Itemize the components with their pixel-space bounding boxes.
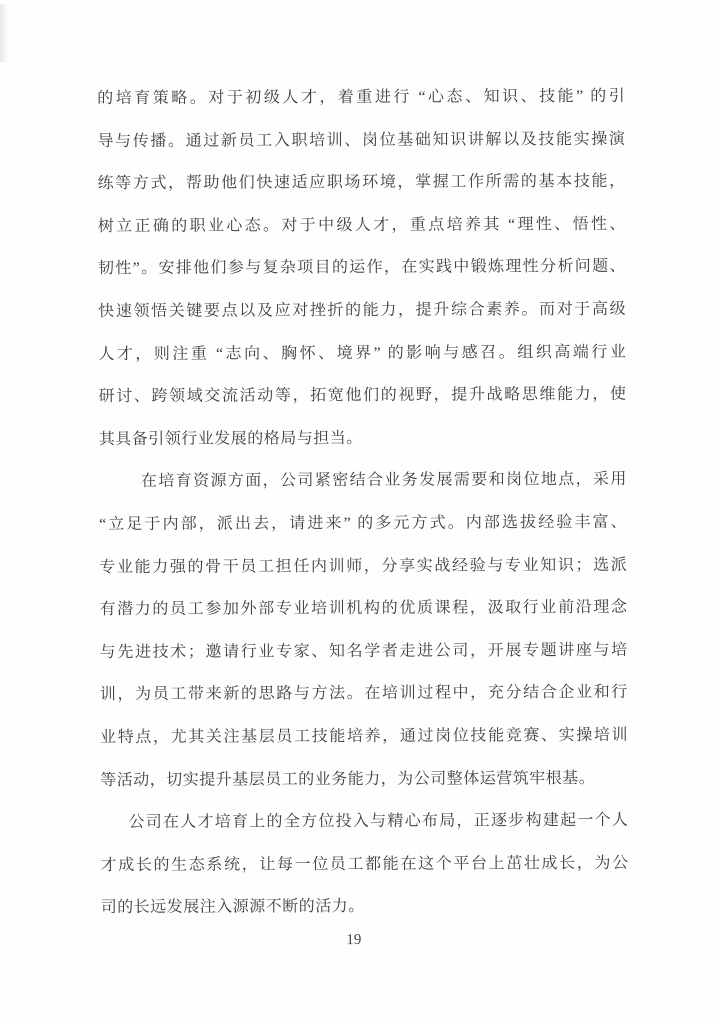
text-line: “立足于内部，派出去，请进来” 的多元方式。内部选拔经验丰富、 [99,502,627,547]
page-content: 的培育策略。对于初级人才，着重进行 “心态、知识、技能” 的引导与传播。通过新员… [0,0,720,1018]
text-line: 练等方式，帮助他们快速适应职场环境，掌握工作所需的基本技能， [98,161,626,206]
paragraph: 的培育策略。对于初级人才，着重进行 “心态、知识、技能” 的引导与传播。通过新员… [97,76,627,462]
text-line: 才成长的生态系统，让每一位员工都能在这个平台上茁壮成长，为公 [101,843,629,888]
text-line: 导与传播。通过新员工入职培训、岗位基础知识讲解以及技能实操演 [97,118,625,163]
text-line: 人才，则注重 “志向、胸怀、境界” 的影响与感召。组织高端行业 [98,331,626,376]
text-line: 的培育策略。对于初级人才，着重进行 “心态、知识、技能” 的引 [97,76,625,121]
text-line: 在培育资源方面，公司紧密结合业务发展需要和岗位地点，采用 [99,459,627,504]
text-line: 等活动，切实提升基层员工的业务能力，为公司整体运营筑牢根基。 [100,757,628,802]
text-line: 快速领悟关键要点以及应对挫折的能力，提升综合素养。而对于高级 [98,289,626,334]
text-line: 其具备引领行业发展的格局与担当。 [99,417,627,462]
text-line: 研讨、跨领域交流活动等，拓宽他们的视野，提升战略思维能力，使 [98,374,626,419]
text-line: 专业能力强的骨干员工担任内训师，分享实战经验与专业知识；选派 [99,544,627,589]
paragraph: 在培育资源方面，公司紧密结合业务发展需要和岗位地点，采用“立足于内部，派出去，请… [99,459,628,802]
text-line: 有潜力的员工参加外部专业培训机构的优质课程，汲取行业前沿理念 [99,587,627,632]
page-number: 19 [2,927,706,952]
text-line: 司的长远发展注入源源不断的活力。 [101,885,629,930]
text-line: 树立正确的职业心态。对于中级人才，重点培养其 “理性、悟性、 [98,204,626,249]
text-line: 韧性”。安排他们参与复杂项目的运作，在实践中锻炼理性分析问题、 [98,246,626,291]
text-line: 业特点，尤其关注基层员工技能培养，通过岗位技能竞赛、实操培训 [100,715,628,760]
text-line: 与先进技术；邀请行业专家、知名学者走进公司，开展专题讲座与培 [100,630,628,675]
paragraph: 公司在人才培育上的全方位投入与精心布局，正逐步构建起一个人才成长的生态系统，让每… [100,800,629,930]
text-line: 训，为员工带来新的思路与方法。在培训过程中，充分结合企业和行 [100,672,628,717]
document-page: 的培育策略。对于初级人才，着重进行 “心态、知识、技能” 的引导与传播。通过新员… [0,0,720,1018]
body-text: 的培育策略。对于初级人才，着重进行 “心态、知识、技能” 的引导与传播。通过新员… [97,76,629,930]
text-line: 公司在人才培育上的全方位投入与精心布局，正逐步构建起一个人 [100,800,628,845]
